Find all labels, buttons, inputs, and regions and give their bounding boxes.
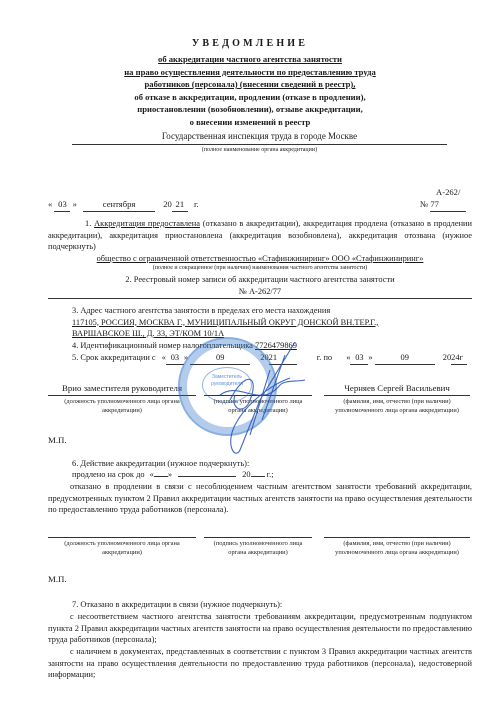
from-day: 03 <box>166 352 184 365</box>
section-7-reason-1: с несоответствием частного агентства зан… <box>48 611 472 646</box>
number-prefix: А-262/ <box>436 187 460 199</box>
name-caption-2: (фамилия, имя, отчество (при наличии) уп… <box>324 539 470 557</box>
subtitle-line-1: об аккредитации частного агентства занят… <box>0 53 500 66</box>
document-number: № 77 <box>420 199 466 212</box>
to-month: 09 <box>375 352 435 365</box>
section-6-refused: отказано в продлении в связи с несоблюде… <box>48 481 472 516</box>
signature-caption-2: (подпись уполномоченного лица органа акк… <box>204 539 312 557</box>
date-year: 21 <box>172 199 188 212</box>
to-day: 03 <box>350 352 368 365</box>
seal-place-2: М.П. <box>48 574 67 586</box>
section-1-text: 1. Аккредитация предоставлена (отказано … <box>48 218 472 253</box>
handwritten-signature-icon <box>200 340 320 460</box>
subtitle-line-4: об отказе в аккредитации, продлении (отк… <box>0 91 500 104</box>
document-title: УВЕДОМЛЕНИЕ <box>0 38 500 49</box>
accreditation-granted: Аккредитация предоставлена <box>94 219 200 228</box>
seal-place-1: М.П. <box>48 435 67 447</box>
section-2-label: 2. Реестровый номер записи об аккредитац… <box>48 274 472 286</box>
date-month: сентября <box>83 199 155 212</box>
subtitle-line-6: о внесении изменений в реестр <box>0 116 500 129</box>
subtitle-line-5: приостановлении (возобновлении), отзыве … <box>0 103 500 116</box>
address-line-1: 117105, РОССИЯ, МОСКВА Г., МУНИЦИПАЛЬНЫЙ… <box>72 317 472 329</box>
agency-name: общество с ограниченной ответственностью… <box>48 253 472 265</box>
position-caption: (должность уполномоченного лица органа а… <box>48 397 196 415</box>
extended-until: продлено на срок до «» 20 г.; <box>72 469 274 481</box>
position-caption-2: (должность уполномоченного лица органа а… <box>48 539 196 557</box>
section-7-label: 7. Отказано в аккредитации в связи (нужн… <box>72 599 282 611</box>
subtitle-line-2: на право осуществления деятельности по п… <box>0 66 500 79</box>
signer-position: Врио заместителя руководителя <box>48 383 196 395</box>
date-day: 03 <box>54 199 70 212</box>
registry-number: № А-262/77 <box>48 286 472 298</box>
subtitle-line-3: работников (персонала) (внесении сведени… <box>0 78 500 91</box>
authority-underline <box>72 144 447 145</box>
section-6-label: 6. Действие аккредитации (нужное подчерк… <box>72 458 249 470</box>
subtitle-underlined: об аккредитации частного агентства занят… <box>0 53 500 129</box>
name-underline <box>324 395 470 396</box>
agency-caption: (полное и сокращенное (при наличии) наим… <box>48 265 472 271</box>
signature-underline-2 <box>204 537 312 538</box>
name-caption: (фамилия, имя, отчество (при наличии) уп… <box>324 397 470 415</box>
section-3-label: 3. Адрес частного агентства занятости в … <box>72 305 472 317</box>
position-underline-2 <box>48 537 196 538</box>
registry-underline <box>48 298 472 299</box>
date-line: « 03 » сентября 2021 г. <box>48 199 199 212</box>
to-year: 24г <box>451 352 467 365</box>
name-underline-2 <box>324 537 470 538</box>
signer-name: Черняев Сергей Васильевич <box>324 383 470 395</box>
address-line-2: ВАРШАВСКОЕ Ш., Д. 33, ЭТ/КОМ 10/1А <box>72 328 472 340</box>
position-underline <box>48 395 196 396</box>
authority-name: Государственная инспекция труда в городе… <box>72 131 447 143</box>
section-7-reason-2: с наличием в документах, представленных … <box>48 646 472 681</box>
section-3: 3. Адрес частного агентства занятости в … <box>72 305 472 340</box>
authority-caption: (полное наименование органа аккредитации… <box>72 147 447 153</box>
